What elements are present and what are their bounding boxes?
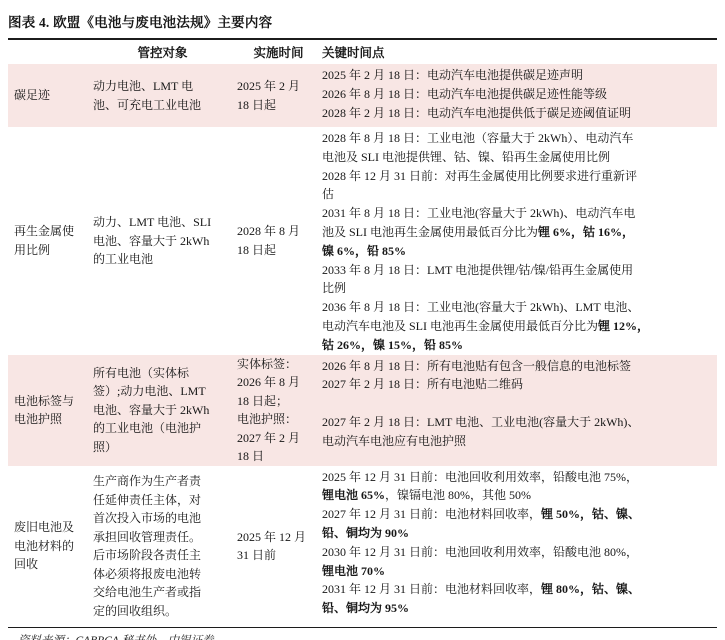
key-points-cell: 2028 年 8 月 18 日：工业电池（容量大于 2kWh）、电动汽车 电池及… bbox=[322, 127, 717, 355]
column-header-control-object: 管控对象 bbox=[90, 43, 235, 61]
row-label-cell: 碳足迹 bbox=[8, 64, 90, 127]
key-point: 2033 年 8 月 18 日：LMT 电池提供锂/钴/镍/铅再生金属使用 比例 bbox=[322, 261, 717, 299]
control-object-cell: 所有电池（实体标 签）;动力电池、LMT 电池、容量大于 2kWh 的工业电池（… bbox=[90, 355, 235, 466]
column-header-implementation-time: 实施时间 bbox=[235, 43, 322, 61]
key-point: 2026 年 8 月 18 日：电动汽车电池提供碳足迹性能等级 bbox=[322, 85, 717, 104]
control-object-cell: 生产商作为生产者责 任延伸责任主体，对 首次投入市场的电池 承担回收管理责任。 … bbox=[90, 466, 235, 627]
table-row-recycled-metal-ratio: 再生金属使 用比例 动力、LMT 电池、SLI 电池、容量大于 2kWh 的工业… bbox=[8, 127, 717, 355]
row-label-cell: 废旧电池及 电池材料的 回收 bbox=[8, 466, 90, 627]
key-point: 2027 年 2 月 18 日：LMT 电池、工业电池(容量大于 2kWh)、 … bbox=[322, 413, 717, 451]
key-point: 2025 年 12 月 31 日前：电池回收利用效率，铅酸电池 75%， 锂电池… bbox=[322, 468, 717, 506]
implementation-time-cell: 实体标签： 2026 年 8 月 18 日起； 电池护照： 2027 年 2 月… bbox=[235, 355, 322, 466]
table-row-carbon-footprint: 碳足迹 动力电池、LMT 电 池、可充电工业电池 2025 年 2 月 18 日… bbox=[8, 64, 717, 127]
row-label-cell: 再生金属使 用比例 bbox=[8, 127, 90, 355]
key-point: 2027 年 12 月 31 日前：电池材料回收率，锂 50%，钴、镍、 铅、铜… bbox=[322, 505, 717, 543]
table-row-battery-label-passport: 电池标签与 电池护照 所有电池（实体标 签）;动力电池、LMT 电池、容量大于 … bbox=[8, 355, 717, 466]
report-figure: 图表 4. 欧盟《电池与废电池法规》主要内容 管控对象 实施时间 关键时间点 碳… bbox=[0, 0, 725, 640]
key-points-cell: 2025 年 12 月 31 日前：电池回收利用效率，铅酸电池 75%， 锂电池… bbox=[322, 466, 717, 627]
key-points-cell: 2025 年 2 月 18 日：电动汽车电池提供碳足迹声明2026 年 8 月 … bbox=[322, 64, 717, 127]
key-point: 2028 年 2 月 18 日：电动汽车电池提供低于碳足迹阈值证明 bbox=[322, 104, 717, 123]
table-header-row: 管控对象 实施时间 关键时间点 bbox=[8, 40, 717, 64]
row-label-cell: 电池标签与 电池护照 bbox=[8, 355, 90, 466]
key-point: 2028 年 12 月 31 日前：对再生金属使用比例要求进行重新评 估 bbox=[322, 167, 717, 205]
key-point: 2036 年 8 月 18 日：工业电池(容量大于 2kWh)、LMT 电池、 … bbox=[322, 298, 717, 354]
key-point bbox=[322, 394, 717, 413]
implementation-time-cell: 2025 年 2 月 18 日起 bbox=[235, 64, 322, 127]
key-point: 2028 年 8 月 18 日：工业电池（容量大于 2kWh）、电动汽车 电池及… bbox=[322, 129, 717, 167]
key-point: 2026 年 8 月 18 日：所有电池贴有包含一般信息的电池标签 bbox=[322, 357, 717, 376]
key-point: 2030 年 12 月 31 日前：电池回收利用效率，铅酸电池 80%， 锂电池… bbox=[322, 543, 717, 581]
figure-title: 图表 4. 欧盟《电池与废电池法规》主要内容 bbox=[8, 8, 717, 40]
table-row-battery-recycling: 废旧电池及 电池材料的 回收 生产商作为生产者责 任延伸责任主体，对 首次投入市… bbox=[8, 466, 717, 627]
key-point: 2025 年 2 月 18 日：电动汽车电池提供碳足迹声明 bbox=[322, 66, 717, 85]
control-object-cell: 动力、LMT 电池、SLI 电池、容量大于 2kWh 的工业电池 bbox=[90, 127, 235, 355]
column-header-key-points: 关键时间点 bbox=[322, 43, 717, 61]
key-points-cell: 2026 年 8 月 18 日：所有电池贴有包含一般信息的电池标签2027 年 … bbox=[322, 355, 717, 466]
key-point: 2031 年 12 月 31 日前：电池材料回收率，锂 80%，钴、镍、 铅、铜… bbox=[322, 580, 717, 618]
control-object-cell: 动力电池、LMT 电 池、可充电工业电池 bbox=[90, 64, 235, 127]
key-point: 2031 年 8 月 18 日：工业电池(容量大于 2kWh)、电动汽车电 池及… bbox=[322, 204, 717, 260]
regulation-table: 管控对象 实施时间 关键时间点 碳足迹 动力电池、LMT 电 池、可充电工业电池… bbox=[8, 40, 717, 628]
implementation-time-cell: 2025 年 12 月 31 日前 bbox=[235, 466, 322, 627]
key-point: 2027 年 2 月 18 日：所有电池贴二维码 bbox=[322, 375, 717, 394]
implementation-time-cell: 2028 年 8 月 18 日起 bbox=[235, 127, 322, 355]
source-note: 资料来源：CABRCA 秘书处，中银证券 bbox=[8, 628, 717, 640]
